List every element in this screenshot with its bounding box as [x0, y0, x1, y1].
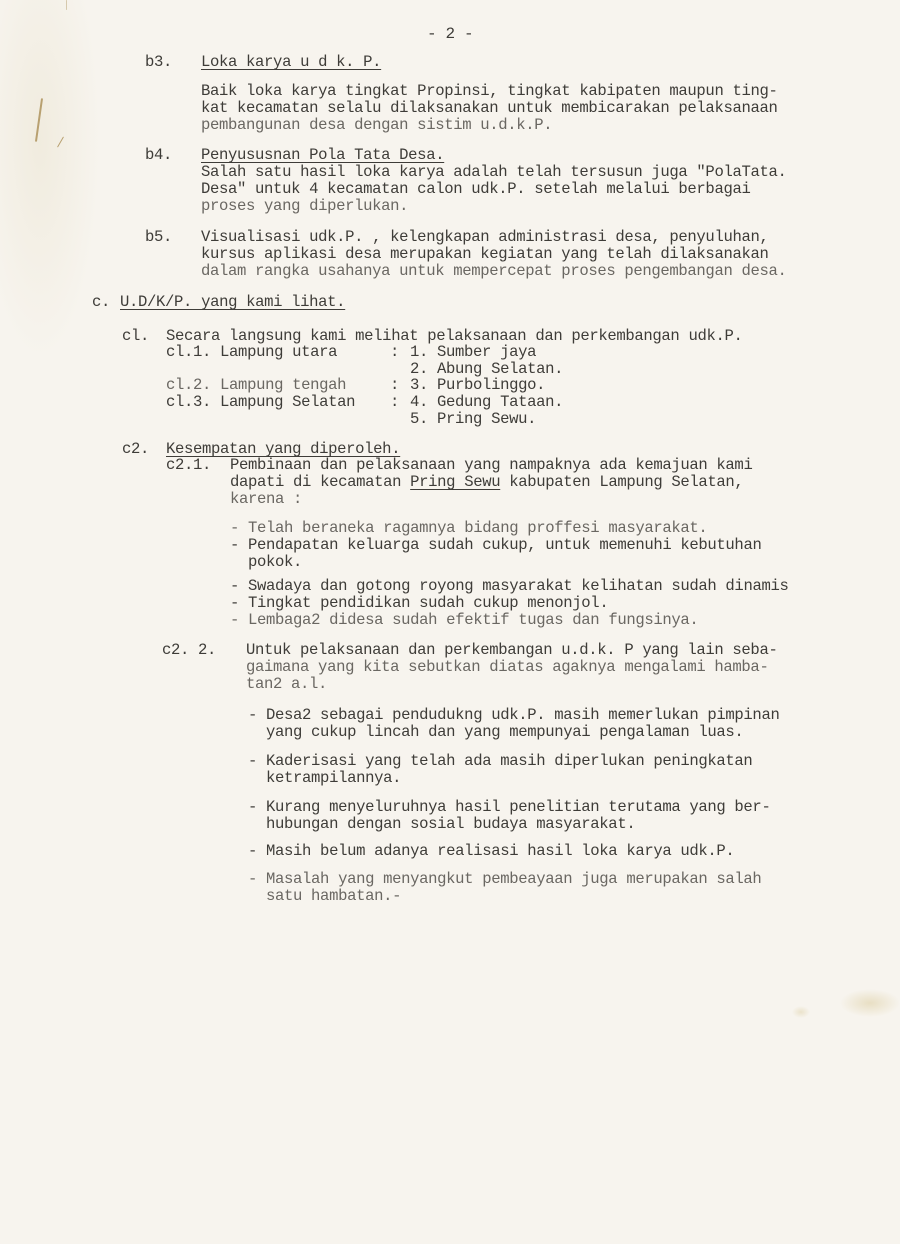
b5-line: kursus aplikasi desa merupakan kegiatan …	[201, 246, 769, 262]
b5-line: dalam rangka usahanya untuk mempercepat …	[201, 263, 787, 279]
c2-label: c2.	[122, 441, 149, 457]
c21-bullet: - Telah beraneka ragamnya bidang proffes…	[230, 520, 707, 536]
c21-bullet: - Swadaya dan gotong royong masyarakat k…	[230, 578, 788, 594]
c22-label: c2. 2.	[162, 642, 216, 658]
c21-line2-post: kabupaten Lampung Selatan,	[500, 473, 743, 491]
c22-bullet: - Masalah yang menyangkut pembeayaan jug…	[248, 871, 761, 887]
c21-bullet: - Lembaga2 didesa sudah efektif tugas da…	[230, 612, 698, 628]
c1-row-sep: :	[390, 344, 399, 360]
b3-line: pembangunan desa dengan sistim u.d.k.P.	[201, 117, 552, 133]
c1-label: cl.	[122, 328, 149, 344]
b3-line: kat kecamatan selalu dilaksanakan untuk …	[201, 100, 778, 116]
c1-row-label: cl.2. Lampung tengah	[166, 377, 346, 393]
c1-row-label: cl.3. Lampung Selatan	[166, 394, 355, 410]
c22-bullet: - Kaderisasi yang telah ada masih diperl…	[248, 753, 752, 769]
c21-line: Pembinaan dan pelaksanaan yang nampaknya…	[230, 457, 752, 473]
c1-row-item: 4. Gedung Tataan.	[410, 394, 563, 410]
b4-title: Penyususnan Pola Tata Desa.	[201, 147, 444, 163]
c21-label: c2.1.	[166, 457, 211, 473]
b4-line: proses yang diperlukan.	[201, 198, 408, 214]
c21-bullet: - Tingkat pendidikan sudah cukup menonjo…	[230, 595, 608, 611]
c1-row-label: cl.1. Lampung utara	[166, 344, 337, 360]
c1-row-item: 3. Purbolinggo.	[410, 377, 545, 393]
pring-sewu-underlined: Pring Sewu	[410, 473, 500, 491]
c1-row-sep: :	[390, 377, 399, 393]
b5-line: Visualisasi udk.P. , kelengkapan adminis…	[201, 229, 769, 245]
typewritten-page: - 2 - b3. Loka karya u d k. P. Baik loka…	[0, 0, 900, 1244]
b3-line: Baik loka karya tingkat Propinsi, tingka…	[201, 83, 778, 99]
c22-bullet: - Kurang menyeluruhnya hasil penelitian …	[248, 799, 770, 815]
c21-line: dapati di kecamatan Pring Sewu kabupaten…	[230, 474, 743, 490]
c22-bullet: hubungan dengan sosial budaya masyarakat…	[248, 816, 635, 832]
c21-line2-pre: dapati di kecamatan	[230, 473, 410, 491]
paper-tear-mark	[57, 137, 64, 148]
c2-title: Kesempatan yang diperoleh.	[166, 441, 400, 457]
c22-bullet: - Desa2 sebagai pendudukng udk.P. masih …	[248, 707, 779, 723]
b3-label: b3.	[145, 54, 172, 70]
c1-row-item: 1. Sumber jaya	[410, 344, 536, 360]
c1-text: Secara langsung kami melihat pelaksanaan…	[166, 328, 743, 344]
c22-bullet: satu hambatan.-	[248, 888, 401, 904]
b4-line: Salah satu hasil loka karya adalah telah…	[201, 164, 787, 180]
c21-bullet: - Pendapatan keluarga sudah cukup, untuk…	[230, 537, 761, 553]
c22-bullet: ketrampilannya.	[248, 770, 401, 786]
paper-tear-mark	[66, 0, 67, 10]
b5-label: b5.	[145, 229, 172, 245]
c21-line: karena :	[230, 491, 302, 507]
c22-line: Untuk pelaksanaan dan perkembangan u.d.k…	[246, 642, 777, 658]
c-title: U.D/K/P. yang kami lihat.	[120, 294, 345, 310]
c21-bullet: pokok.	[230, 554, 302, 570]
page-number: - 2 -	[427, 26, 473, 42]
c22-line: tan2 a.l.	[246, 676, 327, 692]
c1-row-item: 5. Pring Sewu.	[410, 411, 536, 427]
paper-tear-mark	[35, 98, 43, 142]
c22-bullet: - Masih belum adanya realisasi hasil lok…	[248, 843, 734, 859]
c22-line: gaimana yang kita sebutkan diatas agakny…	[246, 659, 768, 675]
c1-row-sep: :	[390, 394, 399, 410]
c22-bullet: yang cukup lincah dan yang mempunyai pen…	[248, 724, 743, 740]
c-label: c.	[92, 294, 110, 310]
b3-title: Loka karya u d k. P.	[201, 54, 381, 70]
b4-line: Desa" untuk 4 kecamatan calon udk.P. set…	[201, 181, 750, 197]
c1-row-item: 2. Abung Selatan.	[410, 361, 563, 377]
b4-label: b4.	[145, 147, 172, 163]
